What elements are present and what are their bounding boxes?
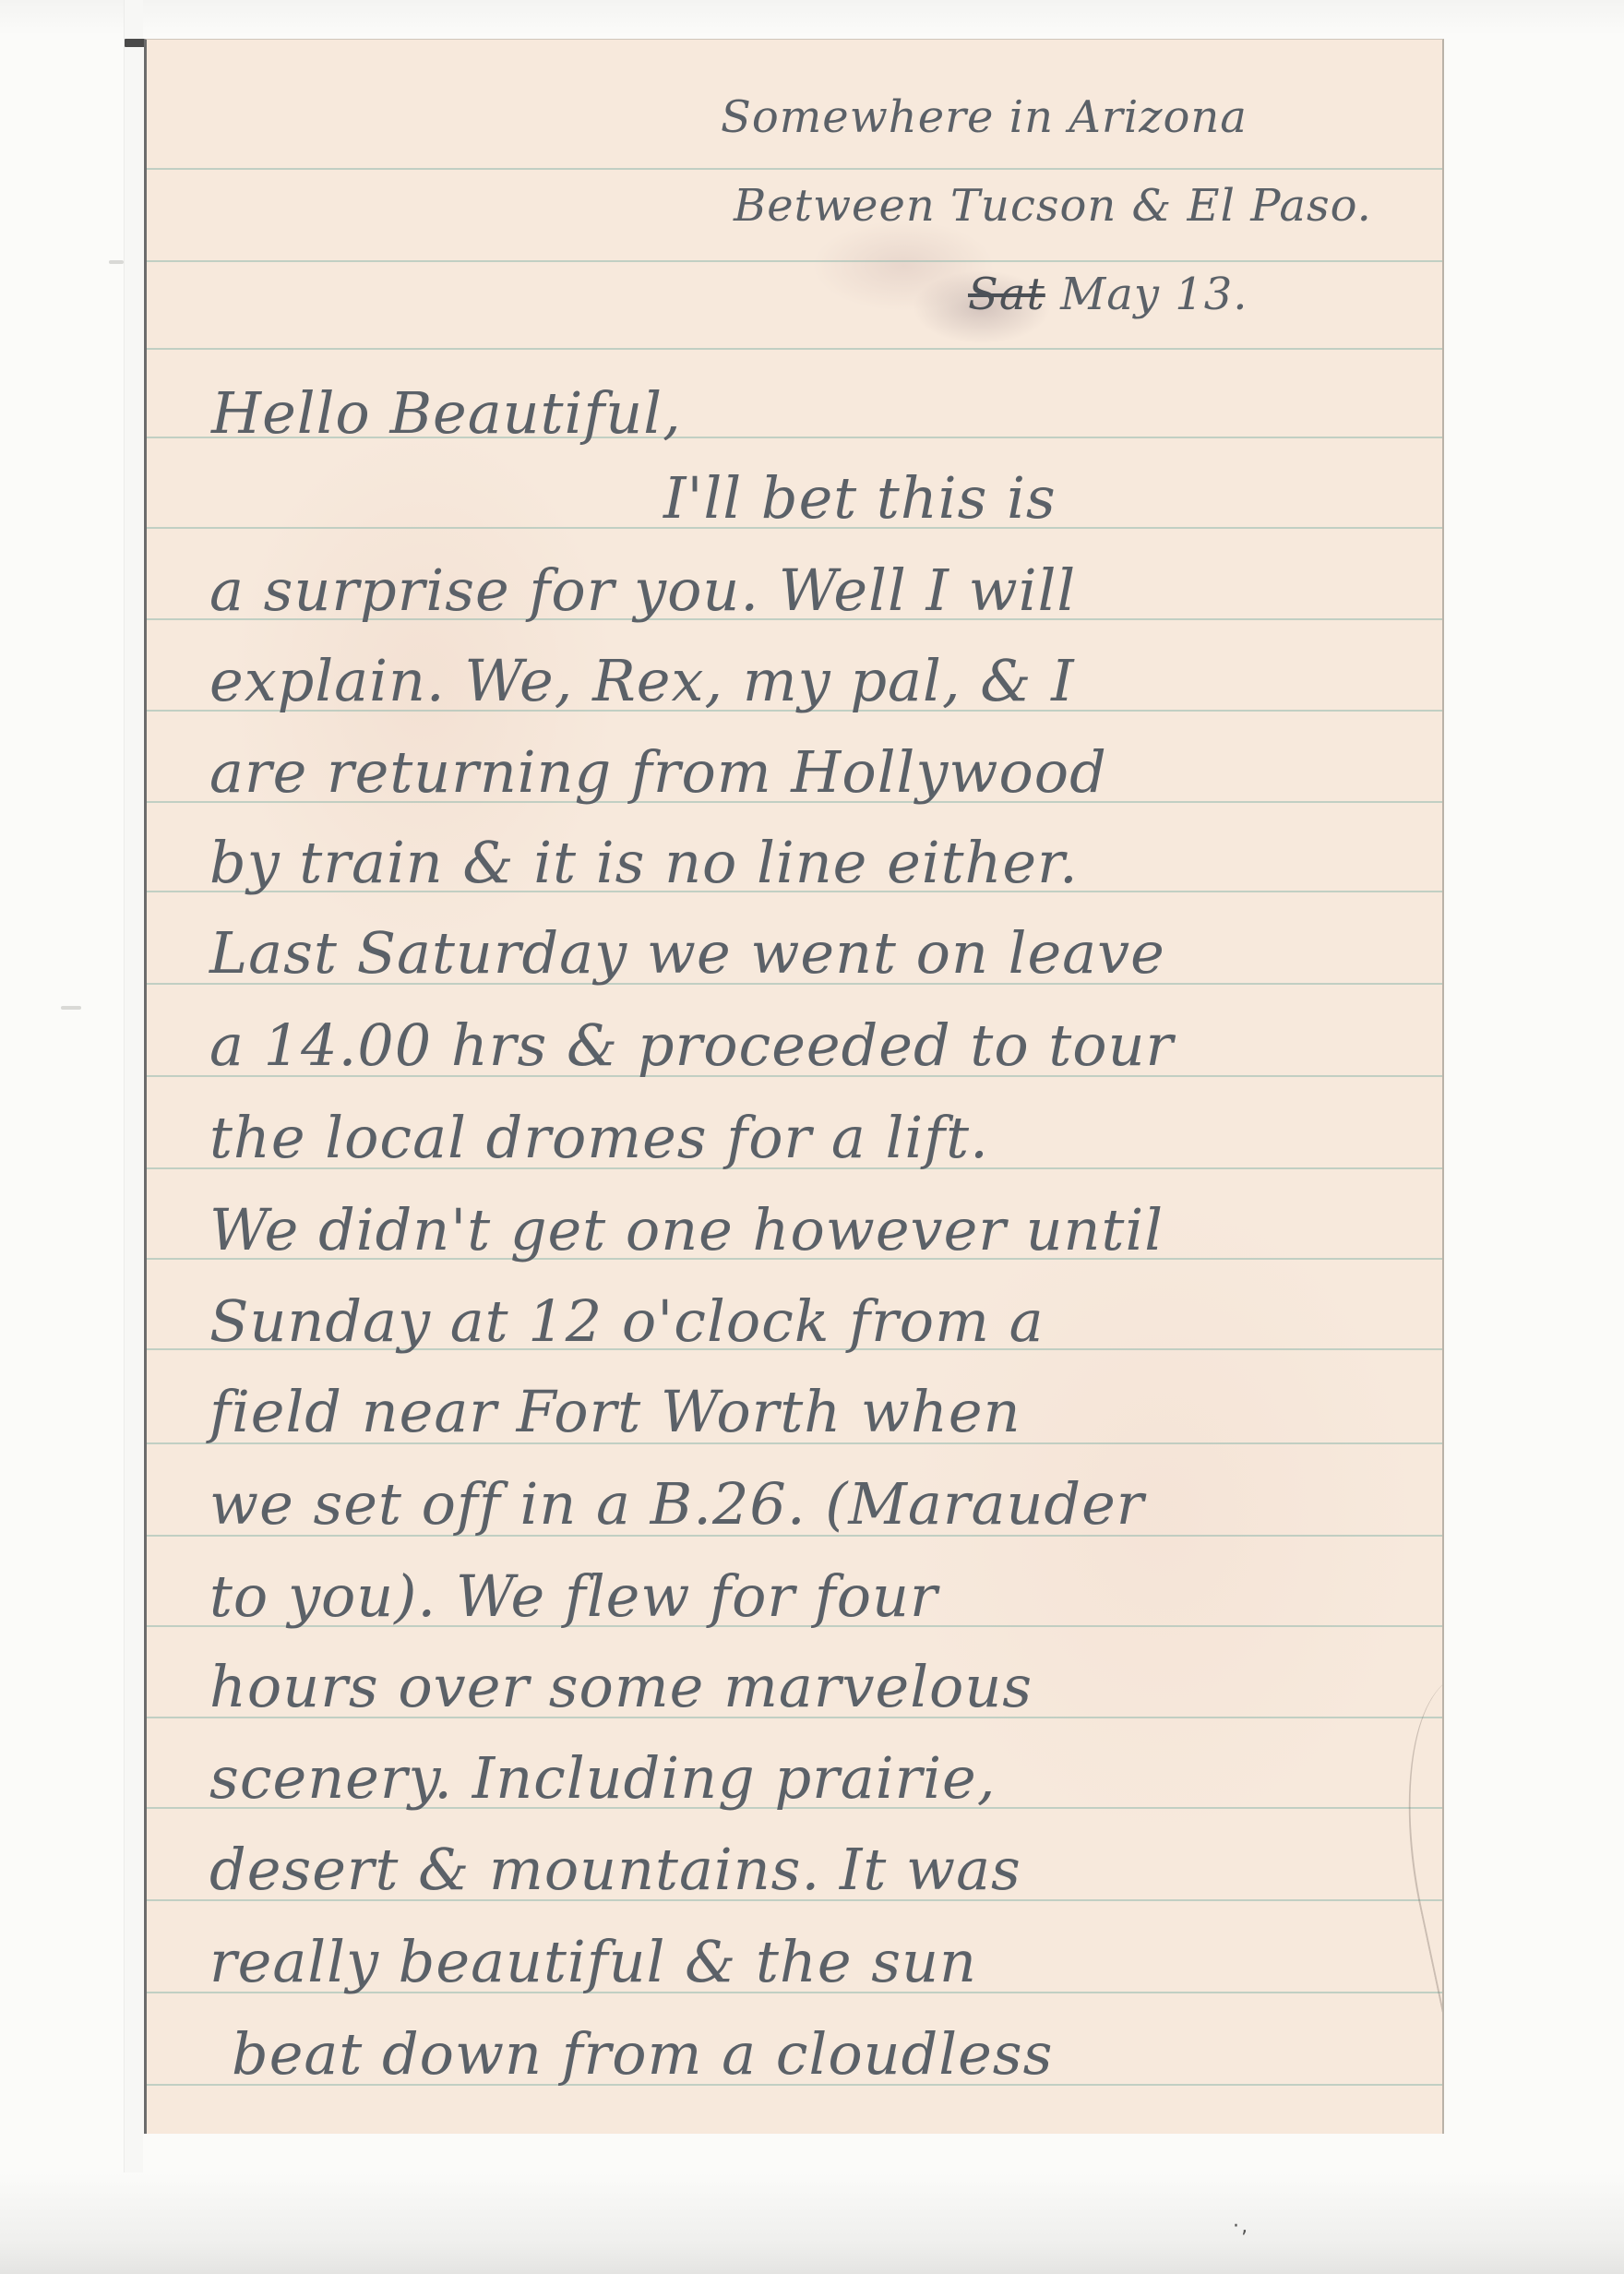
letter-line: scenery. Including prairie, (209, 1744, 996, 1812)
paper-crease (1374, 1662, 1444, 2054)
heading-location-line-2: Between Tucson & El Paso. (734, 180, 1372, 232)
rule-line (147, 168, 1442, 170)
letter-line: by train & it is no line either. (209, 829, 1079, 896)
heading-date: Sat May 13. (968, 269, 1248, 320)
letter-line: Last Saturday we went on leave (209, 919, 1165, 987)
letter-line: the local dromes for a lift. (209, 1104, 989, 1171)
letter-line: are returning from Hollywood (209, 738, 1107, 806)
letter-line: to you). We flew for four (209, 1562, 938, 1630)
letter-line: beat down from a cloudless (232, 2020, 1053, 2088)
mount-strip (124, 0, 143, 2274)
scan-mark (61, 1006, 81, 1010)
scan-shadow-top (0, 0, 1624, 35)
letter-sheet: Somewhere in Arizona Between Tucson & El… (144, 39, 1444, 2134)
letter-line: we set off in a B.26. (Marauder (209, 1470, 1144, 1538)
rule-line (147, 260, 1442, 262)
letter-line: We didn't get one however until (209, 1196, 1164, 1263)
letter-line: field near Fort Worth when (209, 1378, 1021, 1445)
rule-line (147, 348, 1442, 350)
letter-line: a surprise for you. Well I will (209, 557, 1076, 624)
scan-shadow-bottom (0, 2172, 1624, 2274)
date-text: May 13. (1060, 269, 1248, 320)
letter-line: desert & mountains. It was (209, 1836, 1021, 1903)
letter-line: explain. We, Rex, my pal, & I (209, 647, 1075, 714)
scan-specks: ·‚ (1233, 2215, 1249, 2238)
salutation: Hello Beautiful, (211, 379, 682, 447)
heading-location-line-1: Somewhere in Arizona (721, 91, 1248, 143)
letter-line: I'll bet this is (663, 464, 1057, 532)
struck-weekday: Sat (968, 269, 1045, 320)
letter-line: a 14.00 hrs & proceeded to tour (209, 1011, 1174, 1079)
letter-line: hours over some marvelous (209, 1653, 1033, 1720)
scan-mark (109, 260, 124, 264)
letter-line: Sunday at 12 o'clock from a (209, 1287, 1045, 1355)
letter-line: really beautiful & the sun (209, 1928, 977, 1995)
